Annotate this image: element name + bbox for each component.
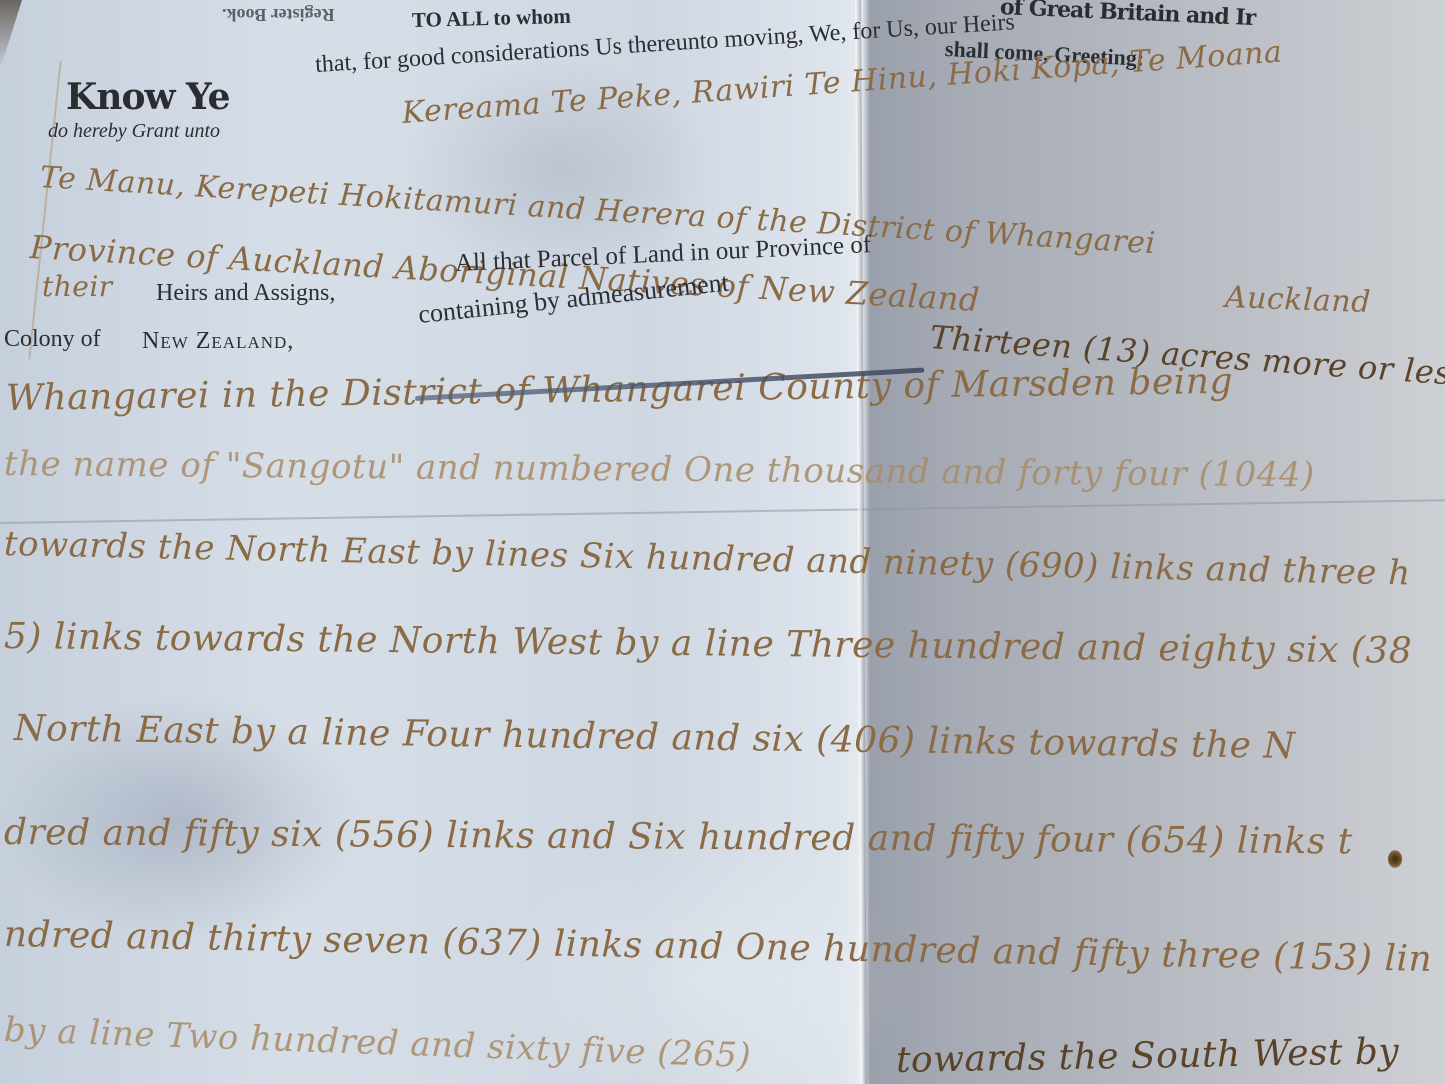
section-name-line: the name of "Sangotu" and numbered One t… [4,444,1315,495]
ink-stain [1388,850,1402,868]
their-handwritten: their [42,270,113,303]
background-edge [0,0,22,70]
boundary-line-3: North East by a line Four hundred and si… [14,708,1296,767]
location-line: Whangarei in the District of Whangarei C… [6,361,1234,419]
heirs-assigns-text: Heirs and Assigns, [156,280,335,307]
document-photo: Register Book. TO ALL to whom of Great B… [0,0,1445,1084]
horizontal-fold [0,499,1445,524]
province-name-handwritten: Auckland [1224,280,1371,320]
boundary-line-7: towards the South West by [896,1031,1400,1081]
boundary-line-6: by a line Two hundred and sixty five (26… [3,1010,752,1076]
colony-of-text: Colony of [4,326,101,353]
margin-rule [28,61,61,360]
to-all-heading: TO ALL to whom [412,4,572,33]
register-book-mirrored-text: Register Book. [222,4,335,25]
know-ye-blackletter: Know Ye [66,76,229,118]
boundary-line-5: ndred and thirty seven (637) links and O… [4,914,1433,980]
do-hereby-grant-text: do hereby Grant unto [48,120,220,143]
boundary-line-4: dred and fifty six (556) links and Six h… [4,812,1353,862]
boundary-line-2: 5) links towards the North West by a lin… [4,616,1413,672]
boundary-line-1: towards the North East by lines Six hund… [4,524,1411,593]
new-zealand-text: New Zealand, [142,328,294,355]
kingdom-heading: of Great Britain and Ir [999,0,1255,31]
